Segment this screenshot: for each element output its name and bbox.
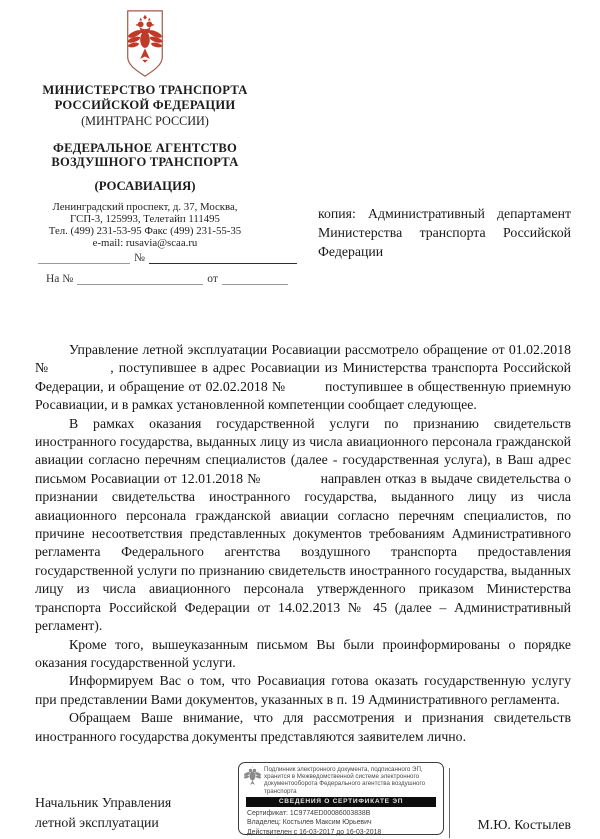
electronic-signature-stamp: Подлинник электронного документа, подпис…: [238, 762, 444, 835]
agency-name-line2: ВОЗДУШНОГО ТРАНСПОРТА: [25, 155, 265, 170]
address-line-3: Тел. (499) 231-53-95 Факс (499) 231-55-3…: [25, 226, 265, 238]
signer-position-line1: Начальник Управления: [35, 793, 171, 813]
outgoing-ref-row: №: [38, 248, 318, 264]
ministry-name-line1: МИНИСТЕРСТВО ТРАНСПОРТА: [25, 83, 265, 98]
stamp-owner: Владелец: Костылев Максим Юрьевич: [247, 818, 438, 828]
copy-recipient-block: копия: Административный департамент Мини…: [318, 204, 571, 261]
body-paragraph-4: Информируем Вас о том, что Росавиация го…: [35, 672, 571, 709]
address-line-2: ГСП-3, 125993, Телетайп 111495: [25, 214, 265, 226]
ministry-abbr: (МИНТРАНС РОССИИ): [25, 114, 265, 128]
document-page: МИНИСТЕРСТВО ТРАНСПОРТА РОССИЙСКОЙ ФЕДЕР…: [0, 0, 600, 839]
agency-address: Ленинградский проспект, д. 37, Москва, Г…: [25, 202, 265, 249]
signer-position-line2: летной эксплуатации: [35, 813, 171, 833]
stamp-certificate-bar: СВЕДЕНИЯ О СЕРТИФИКАТЕ ЭП: [246, 797, 436, 807]
letter-body: Управление летной эксплуатации Росавиаци…: [35, 341, 571, 746]
outgoing-number-label: №: [134, 252, 145, 264]
body-paragraph-2: В рамках оказания государственной услуги…: [35, 415, 571, 636]
signer-name: М.Ю. Костылев: [425, 817, 571, 833]
scan-artifact-line: [449, 768, 450, 838]
stamp-header-text: Подлинник электронного документа, подпис…: [264, 766, 438, 795]
incoming-date-blank: [222, 272, 288, 285]
coat-of-arms-russia-icon: [120, 8, 170, 80]
stamp-eagle-icon: [244, 766, 261, 786]
signer-position: Начальник Управления летной эксплуатации: [35, 793, 171, 832]
stamp-header: Подлинник электронного документа, подпис…: [244, 766, 438, 795]
ministry-name-line2: РОССИЙСКОЙ ФЕДЕРАЦИИ: [25, 98, 265, 113]
body-paragraph-3: Кроме того, вышеуказанным письмом Вы был…: [35, 636, 571, 673]
agency-abbr: (РОСАВИАЦИЯ): [25, 179, 265, 194]
outgoing-number-blank: [149, 251, 297, 264]
body-paragraph-1: Управление летной эксплуатации Росавиаци…: [35, 341, 571, 415]
incoming-number-blank: [77, 272, 203, 285]
incoming-date-label: от: [207, 273, 218, 285]
body-paragraph-5: Обращаем Ваше внимание, что для рассмотр…: [35, 709, 571, 746]
incoming-ref-row: На № от: [38, 269, 318, 285]
outgoing-date-blank: [38, 251, 130, 264]
stamp-validity: Действителен с 16-03-2017 до 16-03-2018: [247, 828, 438, 838]
stamp-details: Сертификат: 1C9774ED00086003838B Владеле…: [247, 809, 438, 838]
reference-fields: № На № от: [38, 248, 318, 290]
incoming-number-label: На №: [46, 273, 73, 285]
letterhead: МИНИСТЕРСТВО ТРАНСПОРТА РОССИЙСКОЙ ФЕДЕР…: [25, 83, 265, 249]
stamp-certificate-number: Сертификат: 1C9774ED00086003838B: [247, 809, 438, 819]
agency-name-line1: ФЕДЕРАЛЬНОЕ АГЕНТСТВО: [25, 141, 265, 156]
